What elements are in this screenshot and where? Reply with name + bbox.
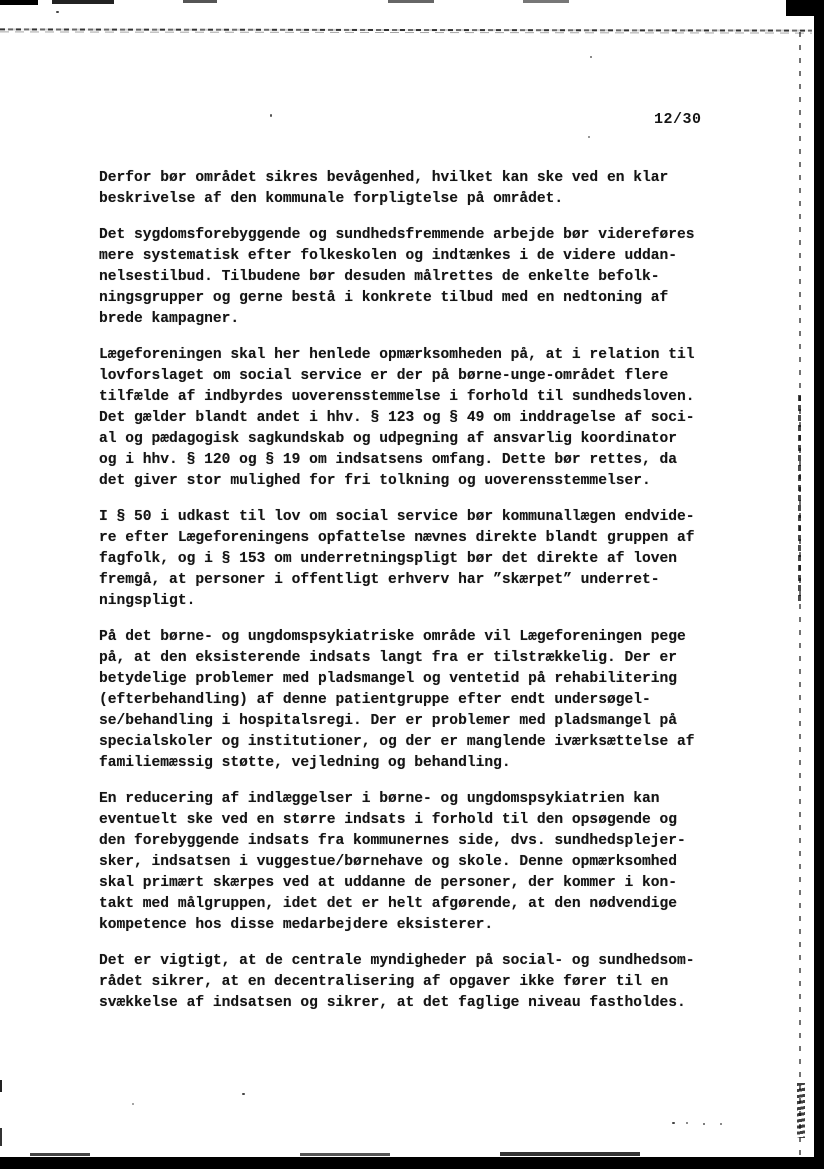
scan-speckle: [703, 1123, 705, 1125]
scan-speckle: [242, 1093, 245, 1095]
scan-speckle: [672, 1122, 675, 1124]
scan-edge-top-segment: [523, 0, 569, 3]
scan-edge-top-segment: [388, 0, 434, 3]
scan-speckle: [686, 1122, 688, 1124]
document-body: Derfor bør området sikres bevågenhed, hv…: [99, 168, 729, 1029]
scan-speckle: [588, 136, 590, 138]
scan-fold-line-dense-segment: [798, 395, 801, 605]
paragraph-1: Derfor bør området sikres bevågenhed, hv…: [99, 168, 729, 210]
scan-speckle: [270, 114, 272, 117]
scan-edge-bottom-segment: [30, 1153, 90, 1156]
scan-edge-bottom: [0, 1157, 824, 1169]
scan-fold-line-scribble: [797, 1083, 805, 1138]
paragraph-7: Det er vigtigt, at de centrale myndighed…: [99, 951, 729, 1014]
paragraph-3: Lægeforeningen skal her henlede opmærkso…: [99, 345, 729, 492]
scan-speckle: [132, 1103, 134, 1105]
scan-edge-right: [814, 0, 824, 1169]
scan-streak-horizontal: [0, 28, 812, 33]
scan-speckle: [590, 56, 592, 58]
paragraph-2: Det sygdomsforebyggende og sundhedsfremm…: [99, 225, 729, 330]
scanned-page: 12/30 Derfor bør området sikres bevågenh…: [0, 0, 824, 1169]
page-number: 12/30: [654, 111, 702, 128]
scan-edge-top-segment: [52, 0, 114, 4]
scan-edge-left-mark: [0, 1080, 2, 1092]
paragraph-5: På det børne- og ungdomspsykiatriske omr…: [99, 627, 729, 774]
scan-edge-top-segment: [183, 0, 217, 3]
scan-speckle: [56, 11, 59, 13]
scan-speckle: [720, 1123, 722, 1125]
scan-edge-bottom-segment: [500, 1152, 640, 1156]
scan-edge-bottom-segment: [300, 1153, 390, 1156]
paragraph-6: En reducering af indlæggelser i børne- o…: [99, 789, 729, 936]
paragraph-4: I § 50 i udkast til lov om social servic…: [99, 507, 729, 612]
scan-edge-left-mark: [0, 1128, 2, 1146]
scan-edge-top-segment: [0, 0, 38, 5]
